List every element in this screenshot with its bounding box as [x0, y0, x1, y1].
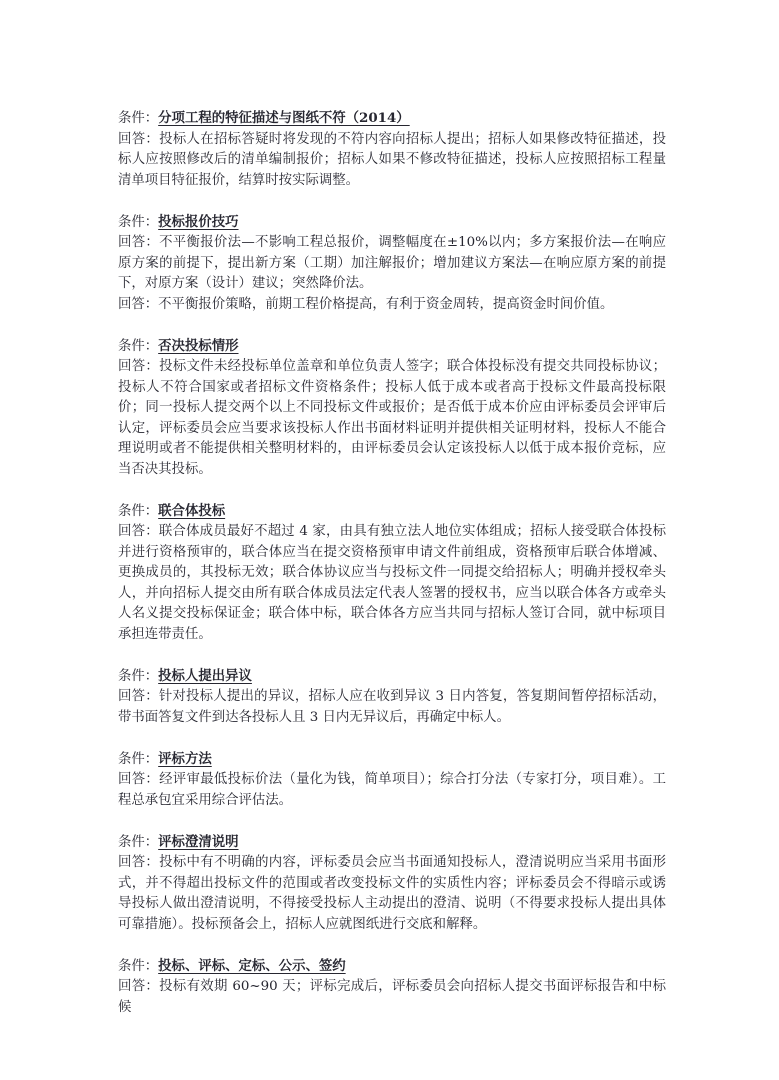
answer-paragraph: 回答：投标文件未经投标单位盖章和单位负责人签字；联合体投标没有提交共同投标协议；…: [118, 357, 666, 480]
condition-label: 条件：: [118, 752, 158, 767]
answer-label: 回答：: [118, 772, 159, 787]
condition-line: 条件：评标方法: [118, 749, 666, 771]
answer-paragraph: 回答：经评审最低投标价法（量化为钱，简单项目）；综合打分法（专家打分，项目难）。…: [118, 770, 666, 811]
answer-paragraph: 回答：投标中有不明确的内容，评标委员会应当书面通知投标人，澄清说明应当采用书面形…: [118, 853, 666, 935]
answer-label: 回答：: [118, 855, 159, 870]
condition-line: 条件：联合体投标: [118, 501, 666, 523]
qa-section-clarification: 条件：评标澄清说明 回答：投标中有不明确的内容，评标委员会应当书面通知投标人，澄…: [118, 832, 666, 936]
answer-text: 不平衡报价法—不影响工程总报价，调整幅度在±10%以内；多方案报价法—在响应原方…: [118, 235, 666, 291]
answer-text: 投标人在招标答疑时将发现的不符内容向招标人提出；招标人如果修改特征描述，投标人应…: [118, 132, 666, 188]
condition-title: 投标报价技巧: [158, 214, 238, 230]
condition-label: 条件：: [118, 215, 158, 230]
condition-title: 评标澄清说明: [158, 834, 238, 850]
condition-label: 条件：: [118, 339, 158, 354]
answer-text: 不平衡报价策略，前期工程价格提高，有利于资金周转，提高资金时间价值。: [158, 297, 613, 312]
qa-section-bid-pricing-skills: 条件：投标报价技巧 回答：不平衡报价法—不影响工程总报价，调整幅度在±10%以内…: [118, 212, 666, 316]
document-page: 条件：分项工程的特征描述与图纸不符（2014） 回答：投标人在招标答疑时将发现的…: [0, 0, 779, 1080]
answer-label: 回答：: [118, 979, 159, 994]
condition-label: 条件：: [118, 669, 158, 684]
qa-section-consortium-bidding: 条件：联合体投标 回答：联合体成员最好不超过 4 家，由具有独立法人地位实体组成…: [118, 501, 666, 646]
answer-paragraph: 回答：投标有效期 60~90 天；评标完成后，评标委员会向招标人提交书面评标报告…: [118, 977, 666, 1018]
answer-text: 投标有效期 60~90 天；评标完成后，评标委员会向招标人提交书面评标报告和中标…: [118, 979, 666, 1015]
condition-title: 联合体投标: [158, 503, 225, 519]
qa-section-bid-process: 条件：投标、评标、定标、公示、签约 回答：投标有效期 60~90 天；评标完成后…: [118, 956, 666, 1019]
answer-text: 联合体成员最好不超过 4 家，由具有独立法人地位实体组成；招标人接受联合体投标并…: [118, 524, 666, 642]
qa-section-feature-description: 条件：分项工程的特征描述与图纸不符（2014） 回答：投标人在招标答疑时将发现的…: [118, 108, 666, 191]
answer-paragraph: 回答：不平衡报价策略，前期工程价格提高，有利于资金周转，提高资金时间价值。: [118, 295, 666, 316]
qa-section-bid-rejection: 条件：否决投标情形 回答：投标文件未经投标单位盖章和单位负责人签字；联合体投标没…: [118, 336, 666, 481]
condition-line: 条件：投标人提出异议: [118, 666, 666, 688]
qa-section-evaluation-methods: 条件：评标方法 回答：经评审最低投标价法（量化为钱，简单项目）；综合打分法（专家…: [118, 749, 666, 812]
condition-label: 条件：: [118, 835, 158, 850]
condition-line: 条件：分项工程的特征描述与图纸不符（2014）: [118, 108, 666, 130]
answer-text: 投标文件未经投标单位盖章和单位负责人签字；联合体投标没有提交共同投标协议；投标人…: [118, 359, 666, 477]
answer-text: 投标中有不明确的内容，评标委员会应当书面通知投标人，澄清说明应当采用书面形式，并…: [118, 855, 666, 932]
condition-line: 条件：投标、评标、定标、公示、签约: [118, 956, 666, 978]
answer-text: 针对投标人提出的异议，招标人应在收到异议 3 日内答复，答复期间暂停招标活动，带…: [118, 689, 666, 725]
condition-label: 条件：: [118, 959, 158, 974]
condition-title: 投标人提出异议: [158, 668, 252, 684]
condition-line: 条件：评标澄清说明: [118, 832, 666, 854]
condition-title: 否决投标情形: [158, 338, 238, 354]
condition-label: 条件：: [118, 111, 158, 126]
answer-label: 回答：: [118, 359, 159, 374]
answer-paragraph: 回答：联合体成员最好不超过 4 家，由具有独立法人地位实体组成；招标人接受联合体…: [118, 522, 666, 645]
condition-title: 分项工程的特征描述与图纸不符（2014）: [158, 110, 410, 126]
condition-line: 条件：否决投标情形: [118, 336, 666, 358]
answer-label: 回答：: [118, 524, 159, 539]
answer-label: 回答：: [118, 235, 159, 250]
condition-line: 条件：投标报价技巧: [118, 212, 666, 234]
condition-title: 评标方法: [158, 751, 212, 767]
qa-section-bidder-objection: 条件：投标人提出异议 回答：针对投标人提出的异议，招标人应在收到异议 3 日内答…: [118, 666, 666, 729]
answer-label: 回答：: [118, 297, 158, 312]
answer-label: 回答：: [118, 132, 159, 147]
condition-title: 投标、评标、定标、公示、签约: [158, 958, 345, 974]
answer-paragraph: 回答：投标人在招标答疑时将发现的不符内容向招标人提出；招标人如果修改特征描述，投…: [118, 130, 666, 192]
answer-label: 回答：: [118, 689, 159, 704]
answer-text: 经评审最低投标价法（量化为钱，简单项目）；综合打分法（专家打分，项目难）。工程总…: [118, 772, 666, 808]
condition-label: 条件：: [118, 504, 158, 519]
answer-paragraph: 回答：不平衡报价法—不影响工程总报价，调整幅度在±10%以内；多方案报价法—在响…: [118, 233, 666, 295]
answer-paragraph: 回答：针对投标人提出的异议，招标人应在收到异议 3 日内答复，答复期间暂停招标活…: [118, 687, 666, 728]
